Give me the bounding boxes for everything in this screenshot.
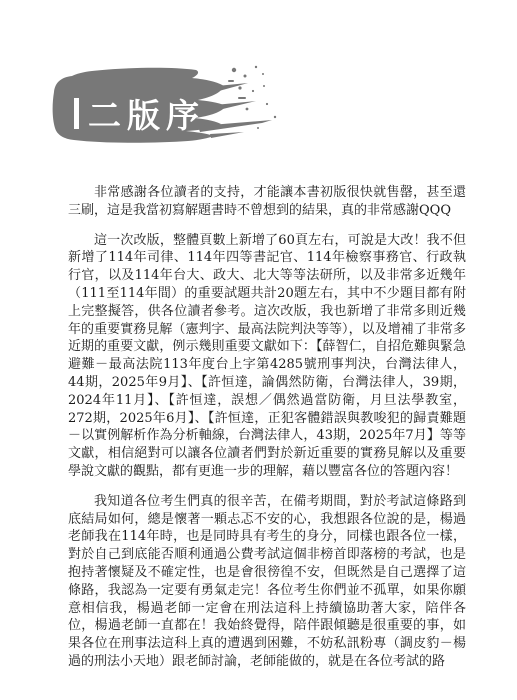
paragraph-thanks: 非常感謝各位讀者的支持，才能讓本書初版很快就售罄，甚至還三刷，這是我當初寫解題書…: [68, 184, 466, 220]
preface-body: 非常感謝各位讀者的支持，才能讓本書初版很快就售罄，甚至還三刷，這是我當初寫解題書…: [68, 184, 466, 683]
page-title: 二版序: [74, 90, 205, 137]
paragraph-encouragement: 我知道各位考生們真的很辛苦，在備考期間，對於考試這條路到底結局如何，總是懷著一顆…: [68, 493, 466, 671]
page-title-text: 二版序: [88, 90, 205, 137]
paragraph-revision-details: 這一次改版，整體頁數上新增了60頁左右，可說是大改！我不但新增了114年司律、1…: [68, 232, 466, 481]
title-accent-bar-icon: [74, 98, 79, 129]
book-preface-page: 二版序 非常感謝各位讀者的支持，才能讓本書初版很快就售罄，甚至還三刷，這是我當初…: [0, 0, 517, 700]
